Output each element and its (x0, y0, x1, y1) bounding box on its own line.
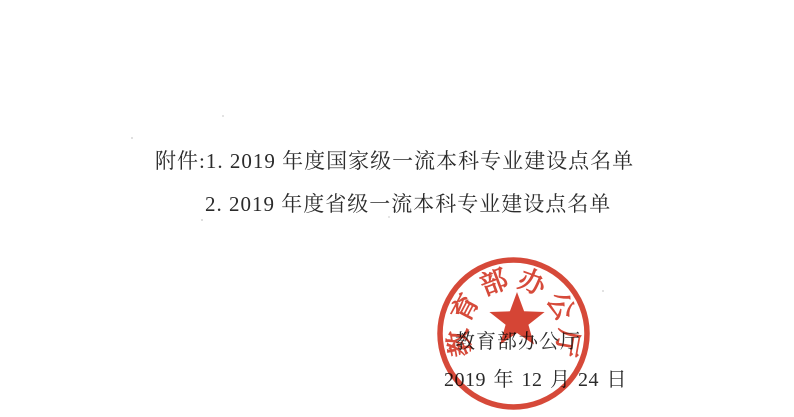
seal-char-ban: 办 (514, 264, 551, 302)
seal-char-bu: 部 (476, 264, 512, 302)
seal-char-gong: 公 (541, 287, 580, 325)
seal-char-yu: 育 (445, 288, 485, 326)
scan-speckle (131, 137, 133, 139)
attachment-line-1: 附件:1. 2019 年度国家级一流本科专业建设点名单 (155, 145, 634, 175)
issuer-signature: 教育部办公厅 (455, 325, 581, 354)
issue-date: 2019 年 12 月 24 日 (444, 363, 627, 392)
attachment-line-2: 2. 2019 年度省级一流本科专业建设点名单 (205, 188, 611, 218)
document-page: 附件:1. 2019 年度国家级一流本科专业建设点名单 2. 2019 年度省级… (0, 0, 794, 417)
